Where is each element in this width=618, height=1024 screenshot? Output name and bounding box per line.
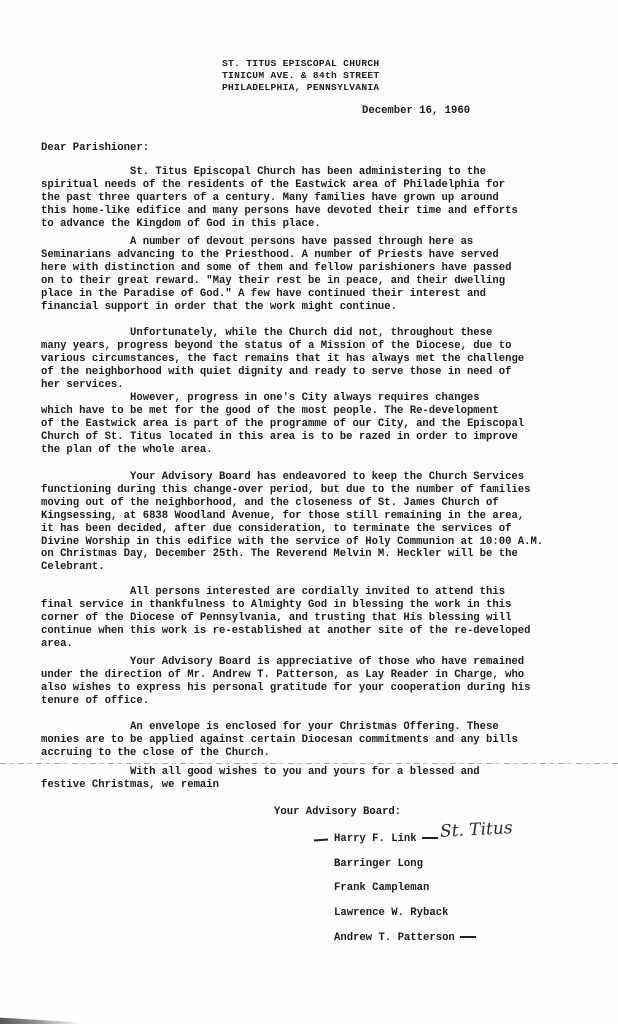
text-line: Church of St. Titus located in this area… <box>41 431 581 444</box>
text-line: Celebrant. <box>41 561 581 574</box>
signer-name: Barringer Long <box>334 858 423 870</box>
paragraph-offering: An envelope is enclosed for your Christm… <box>41 721 581 760</box>
signer-row: Lawrence W. Ryback <box>334 901 476 926</box>
signer-name: Lawrence W. Ryback <box>334 907 448 919</box>
signer-row: Barringer Long <box>334 852 476 877</box>
text-line: Your Advisory Board is appreciative of t… <box>41 656 581 669</box>
text-line: her services. <box>41 379 581 392</box>
text-line: this home-like edifice and many persons … <box>41 205 581 218</box>
text-line: monies are to be applied against certain… <box>41 734 581 747</box>
letter-page: ST. TITUS EPISCOPAL CHURCH TINICUM AVE. … <box>0 0 618 1024</box>
paragraph-good-wishes: With all good wishes to you and yours fo… <box>41 766 581 792</box>
letterhead: ST. TITUS EPISCOPAL CHURCH TINICUM AVE. … <box>222 58 380 94</box>
text-line: place in the Paradise of God." A few hav… <box>41 288 581 301</box>
handwritten-annotation: St. Titus <box>440 818 514 842</box>
text-line: many years, progress beyond the status o… <box>41 340 581 353</box>
signer-name: Andrew T. Patterson <box>334 932 455 944</box>
handwritten-dash-mark <box>422 837 438 839</box>
text-line: accruing to the close of the Church. <box>41 747 581 760</box>
signer-row: Frank Campleman <box>334 876 476 901</box>
text-line: An envelope is enclosed for your Christm… <box>41 721 581 734</box>
salutation: Dear Parishioner: <box>41 142 149 154</box>
text-line: festive Christmas, we remain <box>41 779 581 792</box>
text-line: spiritual needs of the residents of the … <box>41 179 581 192</box>
text-line: the plan of the whole area. <box>41 444 581 457</box>
text-line: which have to be met for the good of the… <box>41 405 581 418</box>
text-line: also wishes to express his personal grat… <box>41 682 581 695</box>
text-line: under the direction of Mr. Andrew T. Pat… <box>41 669 581 682</box>
text-line: on to their great reward. "May their res… <box>41 275 581 288</box>
letterhead-street: TINICUM AVE. & 84th STREET <box>222 70 380 82</box>
scan-artifact-line <box>0 763 618 764</box>
text-line: of the Eastwick area is part of the prog… <box>41 418 581 431</box>
text-line: tenure of office. <box>41 695 581 708</box>
text-line: various circumstances, the fact remains … <box>41 353 581 366</box>
text-line: to advance the Kingdom of God in this pl… <box>41 218 581 231</box>
text-line: Your Advisory Board has endeavored to ke… <box>41 471 581 484</box>
text-line: A number of devout persons have passed t… <box>41 236 581 249</box>
text-line: functioning during this change-over peri… <box>41 484 581 497</box>
signer-name: Frank Campleman <box>334 882 429 894</box>
text-line: area. <box>41 638 581 651</box>
scan-corner-shadow <box>0 1016 80 1024</box>
paragraph-final-service: Your Advisory Board has endeavored to ke… <box>41 471 581 574</box>
paragraph-invitation: All persons interested are cordially inv… <box>41 586 581 651</box>
closing-label: Your Advisory Board: <box>274 806 401 818</box>
text-line: continue when this work is re-establishe… <box>41 625 581 638</box>
paragraph-seminarians: A number of devout persons have passed t… <box>41 236 581 313</box>
signer-row: Andrew T. Patterson <box>334 926 476 951</box>
text-line: Seminarians advancing to the Priesthood.… <box>41 249 581 262</box>
paragraph-appreciation: Your Advisory Board is appreciative of t… <box>41 656 581 708</box>
text-line: All persons interested are cordially inv… <box>41 586 581 599</box>
paragraph-mission-status: Unfortunately, while the Church did not,… <box>41 327 581 392</box>
text-line: final service in thankfulness to Almight… <box>41 599 581 612</box>
text-line: Kingsessing, at 6838 Woodland Avenue, fo… <box>41 510 581 523</box>
text-line: of the neighborhood with quiet dignity a… <box>41 366 581 379</box>
text-line: However, progress in one's City always r… <box>41 392 581 405</box>
text-line: Unfortunately, while the Church did not,… <box>41 327 581 340</box>
handwritten-dash-mark <box>314 839 328 841</box>
text-line: the past three quarters of a century. Ma… <box>41 192 581 205</box>
text-line: corner of the Diocese of Pennsylvania, a… <box>41 612 581 625</box>
text-line: it has been decided, after due considera… <box>41 523 581 536</box>
text-line: on Christmas Day, December 25th. The Rev… <box>41 548 581 561</box>
text-line: here with distinction and some of them a… <box>41 262 581 275</box>
paragraph-history: St. Titus Episcopal Church has been admi… <box>41 166 581 231</box>
text-line: St. Titus Episcopal Church has been admi… <box>41 166 581 179</box>
letter-date: December 16, 1960 <box>362 105 470 117</box>
paragraph-redevelopment: However, progress in one's City always r… <box>41 392 581 457</box>
text-line: Divine Worship in this edifice with the … <box>41 536 581 549</box>
signer-name: Harry F. Link <box>334 833 417 845</box>
handwritten-dash-mark <box>460 936 476 938</box>
letterhead-city: PHILADELPHIA, PENNSYLVANIA <box>222 82 380 94</box>
letterhead-church-name: ST. TITUS EPISCOPAL CHURCH <box>222 58 380 70</box>
text-line: With all good wishes to you and yours fo… <box>41 766 581 779</box>
text-line: moving out of the neighborhood, and the … <box>41 497 581 510</box>
signer-list: Harry F. Link Barringer Long Frank Campl… <box>334 827 476 951</box>
text-line: financial support in order that the work… <box>41 301 581 314</box>
